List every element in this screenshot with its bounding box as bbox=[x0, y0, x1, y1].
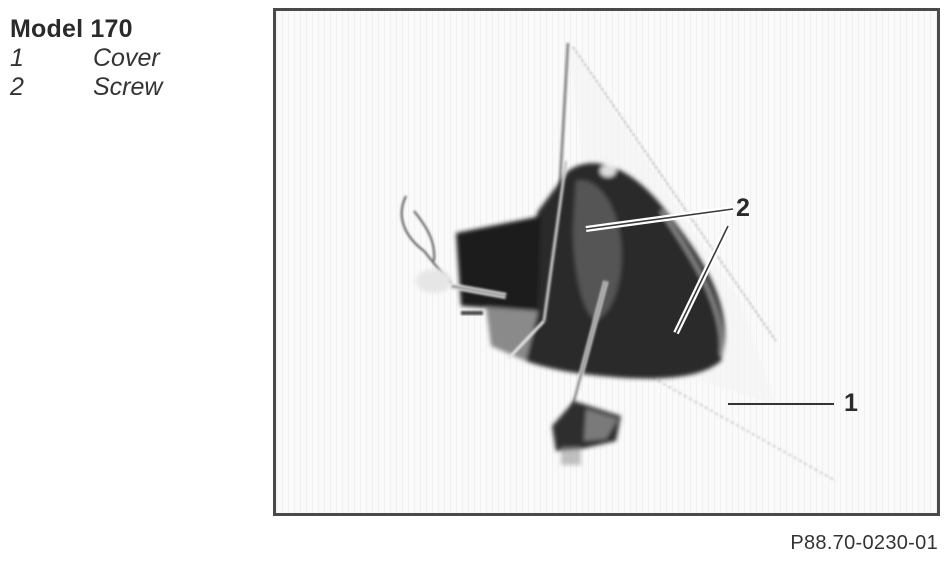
legend-item: 2Screw bbox=[10, 73, 162, 102]
figure-reference-code: P88.70-0230-01 bbox=[790, 532, 938, 555]
callout-label-cover: 1 bbox=[844, 391, 858, 416]
legend-item-number: 1 bbox=[10, 44, 93, 72]
legend-item-label: Cover bbox=[93, 44, 160, 72]
legend-item-number: 2 bbox=[10, 73, 93, 101]
callout-label-screw: 2 bbox=[736, 196, 750, 221]
mirror-assembly-photo bbox=[276, 11, 937, 513]
legend-item: 1Cover bbox=[10, 44, 162, 73]
parts-legend-list: 1Cover 2Screw bbox=[10, 44, 162, 102]
legend-item-label: Screw bbox=[93, 73, 162, 101]
legend: Model 170 1Cover 2Screw bbox=[10, 14, 162, 102]
model-heading: Model 170 bbox=[10, 14, 162, 44]
figure-photo-frame: 2 1 bbox=[273, 8, 940, 516]
